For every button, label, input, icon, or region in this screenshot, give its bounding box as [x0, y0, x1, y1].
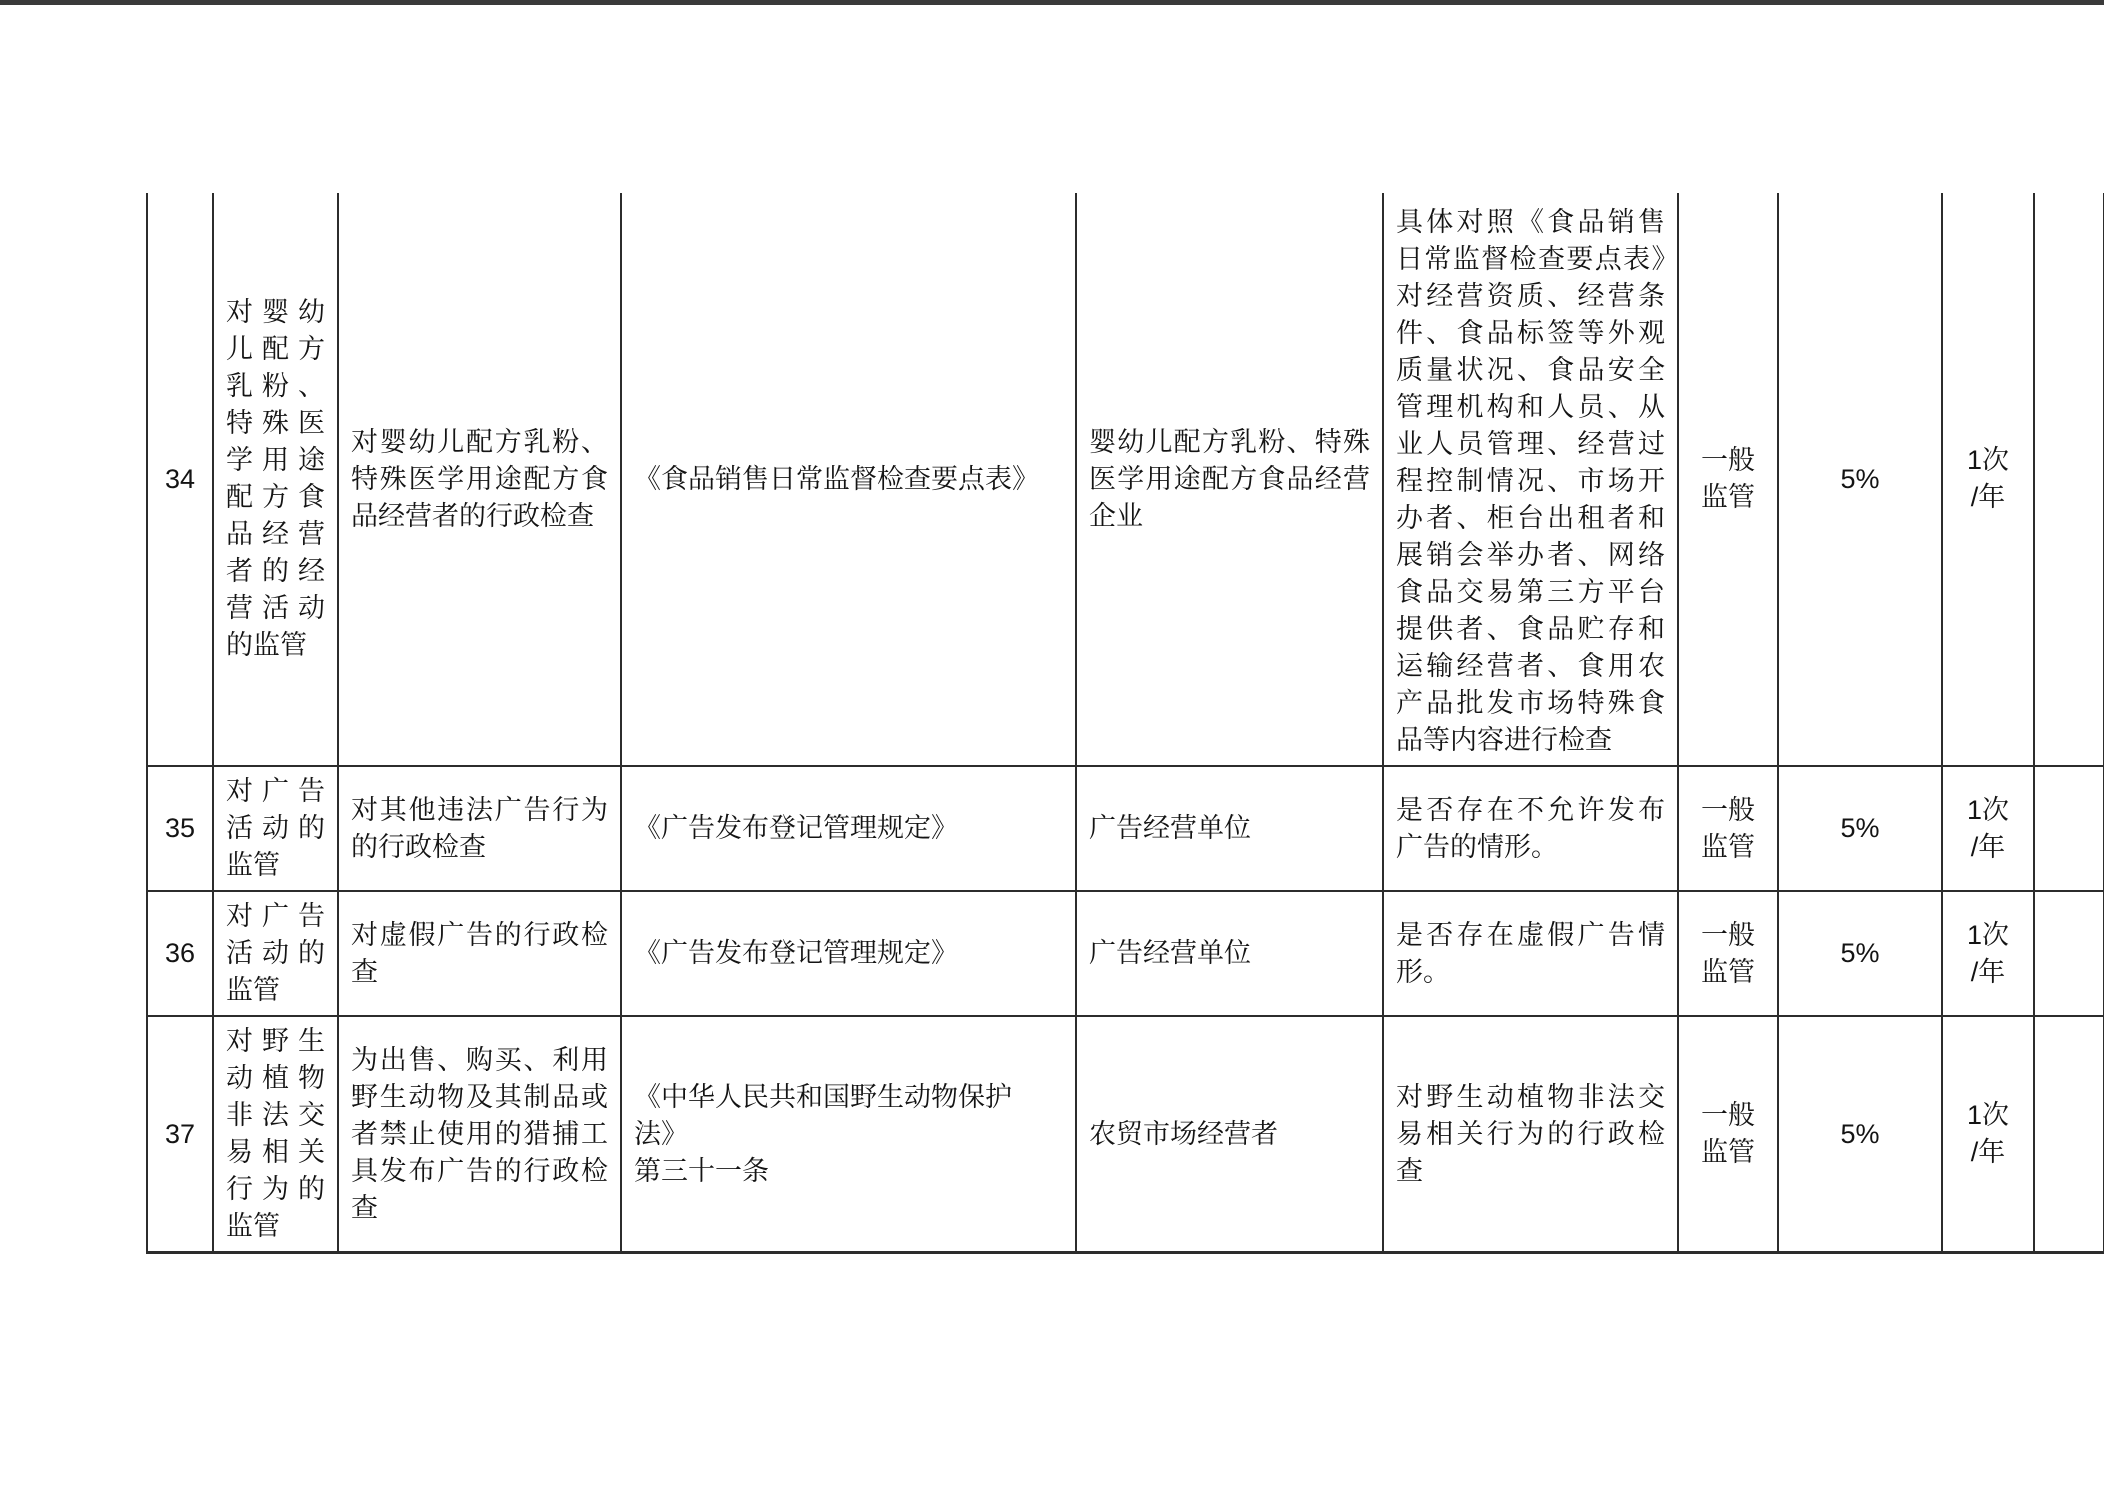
cell-type: 一般监管 [1678, 1016, 1778, 1253]
cell-remark [2034, 891, 2104, 1016]
cell-inspection_item: 对其他违法广告行为的行政检查 [338, 766, 621, 891]
cell-remark [2034, 193, 2104, 766]
document-page: { "colors": { "background": "#ffffff", "… [0, 0, 2104, 1488]
cell-legal_basis: 《广告发布登记管理规定》 [621, 766, 1076, 891]
cell-content: 是否存在虚假广告情形。 [1383, 891, 1678, 1016]
cell-remark [2034, 1016, 2104, 1253]
table-body: 34对婴幼儿配方乳粉、特殊医学用途配方食品经营者的经营活动的监管对婴幼儿配方乳粉… [147, 193, 2104, 1253]
cell-supervision_item: 对广告活动的监管 [213, 766, 338, 891]
table-row: 37对野生动植物非法交易相关行为的监管为出售、购买、利用野生动物及其制品或者禁止… [147, 1016, 2104, 1253]
cell-inspection_item: 对婴幼儿配方乳粉、特殊医学用途配方食品经营者的行政检查 [338, 193, 621, 766]
cell-frequency: 1次 /年 [1942, 1016, 2034, 1253]
cell-no: 37 [147, 1016, 213, 1253]
cell-type: 一般监管 [1678, 193, 1778, 766]
cell-ratio: 5% [1778, 766, 1942, 891]
cell-supervision_item: 对婴幼儿配方乳粉、特殊医学用途配方食品经营者的经营活动的监管 [213, 193, 338, 766]
cell-frequency: 1次 /年 [1942, 193, 2034, 766]
cell-no: 34 [147, 193, 213, 766]
cell-content: 具体对照《食品销售日常监督检查要点表》对经营资质、经营条件、食品标签等外观质量状… [1383, 193, 1678, 766]
random-inspection-table: 34对婴幼儿配方乳粉、特殊医学用途配方食品经营者的经营活动的监管对婴幼儿配方乳粉… [146, 193, 2104, 1254]
cell-no: 36 [147, 891, 213, 1016]
cell-target: 农贸市场经营者 [1076, 1016, 1383, 1253]
cell-frequency: 1次 /年 [1942, 891, 2034, 1016]
table-row: 34对婴幼儿配方乳粉、特殊医学用途配方食品经营者的经营活动的监管对婴幼儿配方乳粉… [147, 193, 2104, 766]
cell-target: 婴幼儿配方乳粉、特殊医学用途配方食品经营企业 [1076, 193, 1383, 766]
cell-ratio: 5% [1778, 891, 1942, 1016]
cell-type: 一般监管 [1678, 766, 1778, 891]
cell-type: 一般监管 [1678, 891, 1778, 1016]
cell-target: 广告经营单位 [1076, 891, 1383, 1016]
cell-content: 对野生动植物非法交易相关行为的行政检查 [1383, 1016, 1678, 1253]
cell-inspection_item: 对虚假广告的行政检查 [338, 891, 621, 1016]
cell-frequency: 1次 /年 [1942, 766, 2034, 891]
cell-legal_basis: 《中华人民共和国野生动物保护法》 第三十一条 [621, 1016, 1076, 1253]
table-row: 35对广告活动的监管对其他违法广告行为的行政检查《广告发布登记管理规定》广告经营… [147, 766, 2104, 891]
cell-inspection_item: 为出售、购买、利用野生动物及其制品或者禁止使用的猎捕工具发布广告的行政检查 [338, 1016, 621, 1253]
cell-legal_basis: 《食品销售日常监督检查要点表》 [621, 193, 1076, 766]
top-edge-bar [0, 0, 2104, 5]
cell-content: 是否存在不允许发布广告的情形。 [1383, 766, 1678, 891]
cell-target: 广告经营单位 [1076, 766, 1383, 891]
cell-supervision_item: 对广告活动的监管 [213, 891, 338, 1016]
cell-no: 35 [147, 766, 213, 891]
cell-remark [2034, 766, 2104, 891]
cell-supervision_item: 对野生动植物非法交易相关行为的监管 [213, 1016, 338, 1253]
cell-legal_basis: 《广告发布登记管理规定》 [621, 891, 1076, 1016]
cell-ratio: 5% [1778, 1016, 1942, 1253]
cell-ratio: 5% [1778, 193, 1942, 766]
table-row: 36对广告活动的监管对虚假广告的行政检查《广告发布登记管理规定》广告经营单位是否… [147, 891, 2104, 1016]
